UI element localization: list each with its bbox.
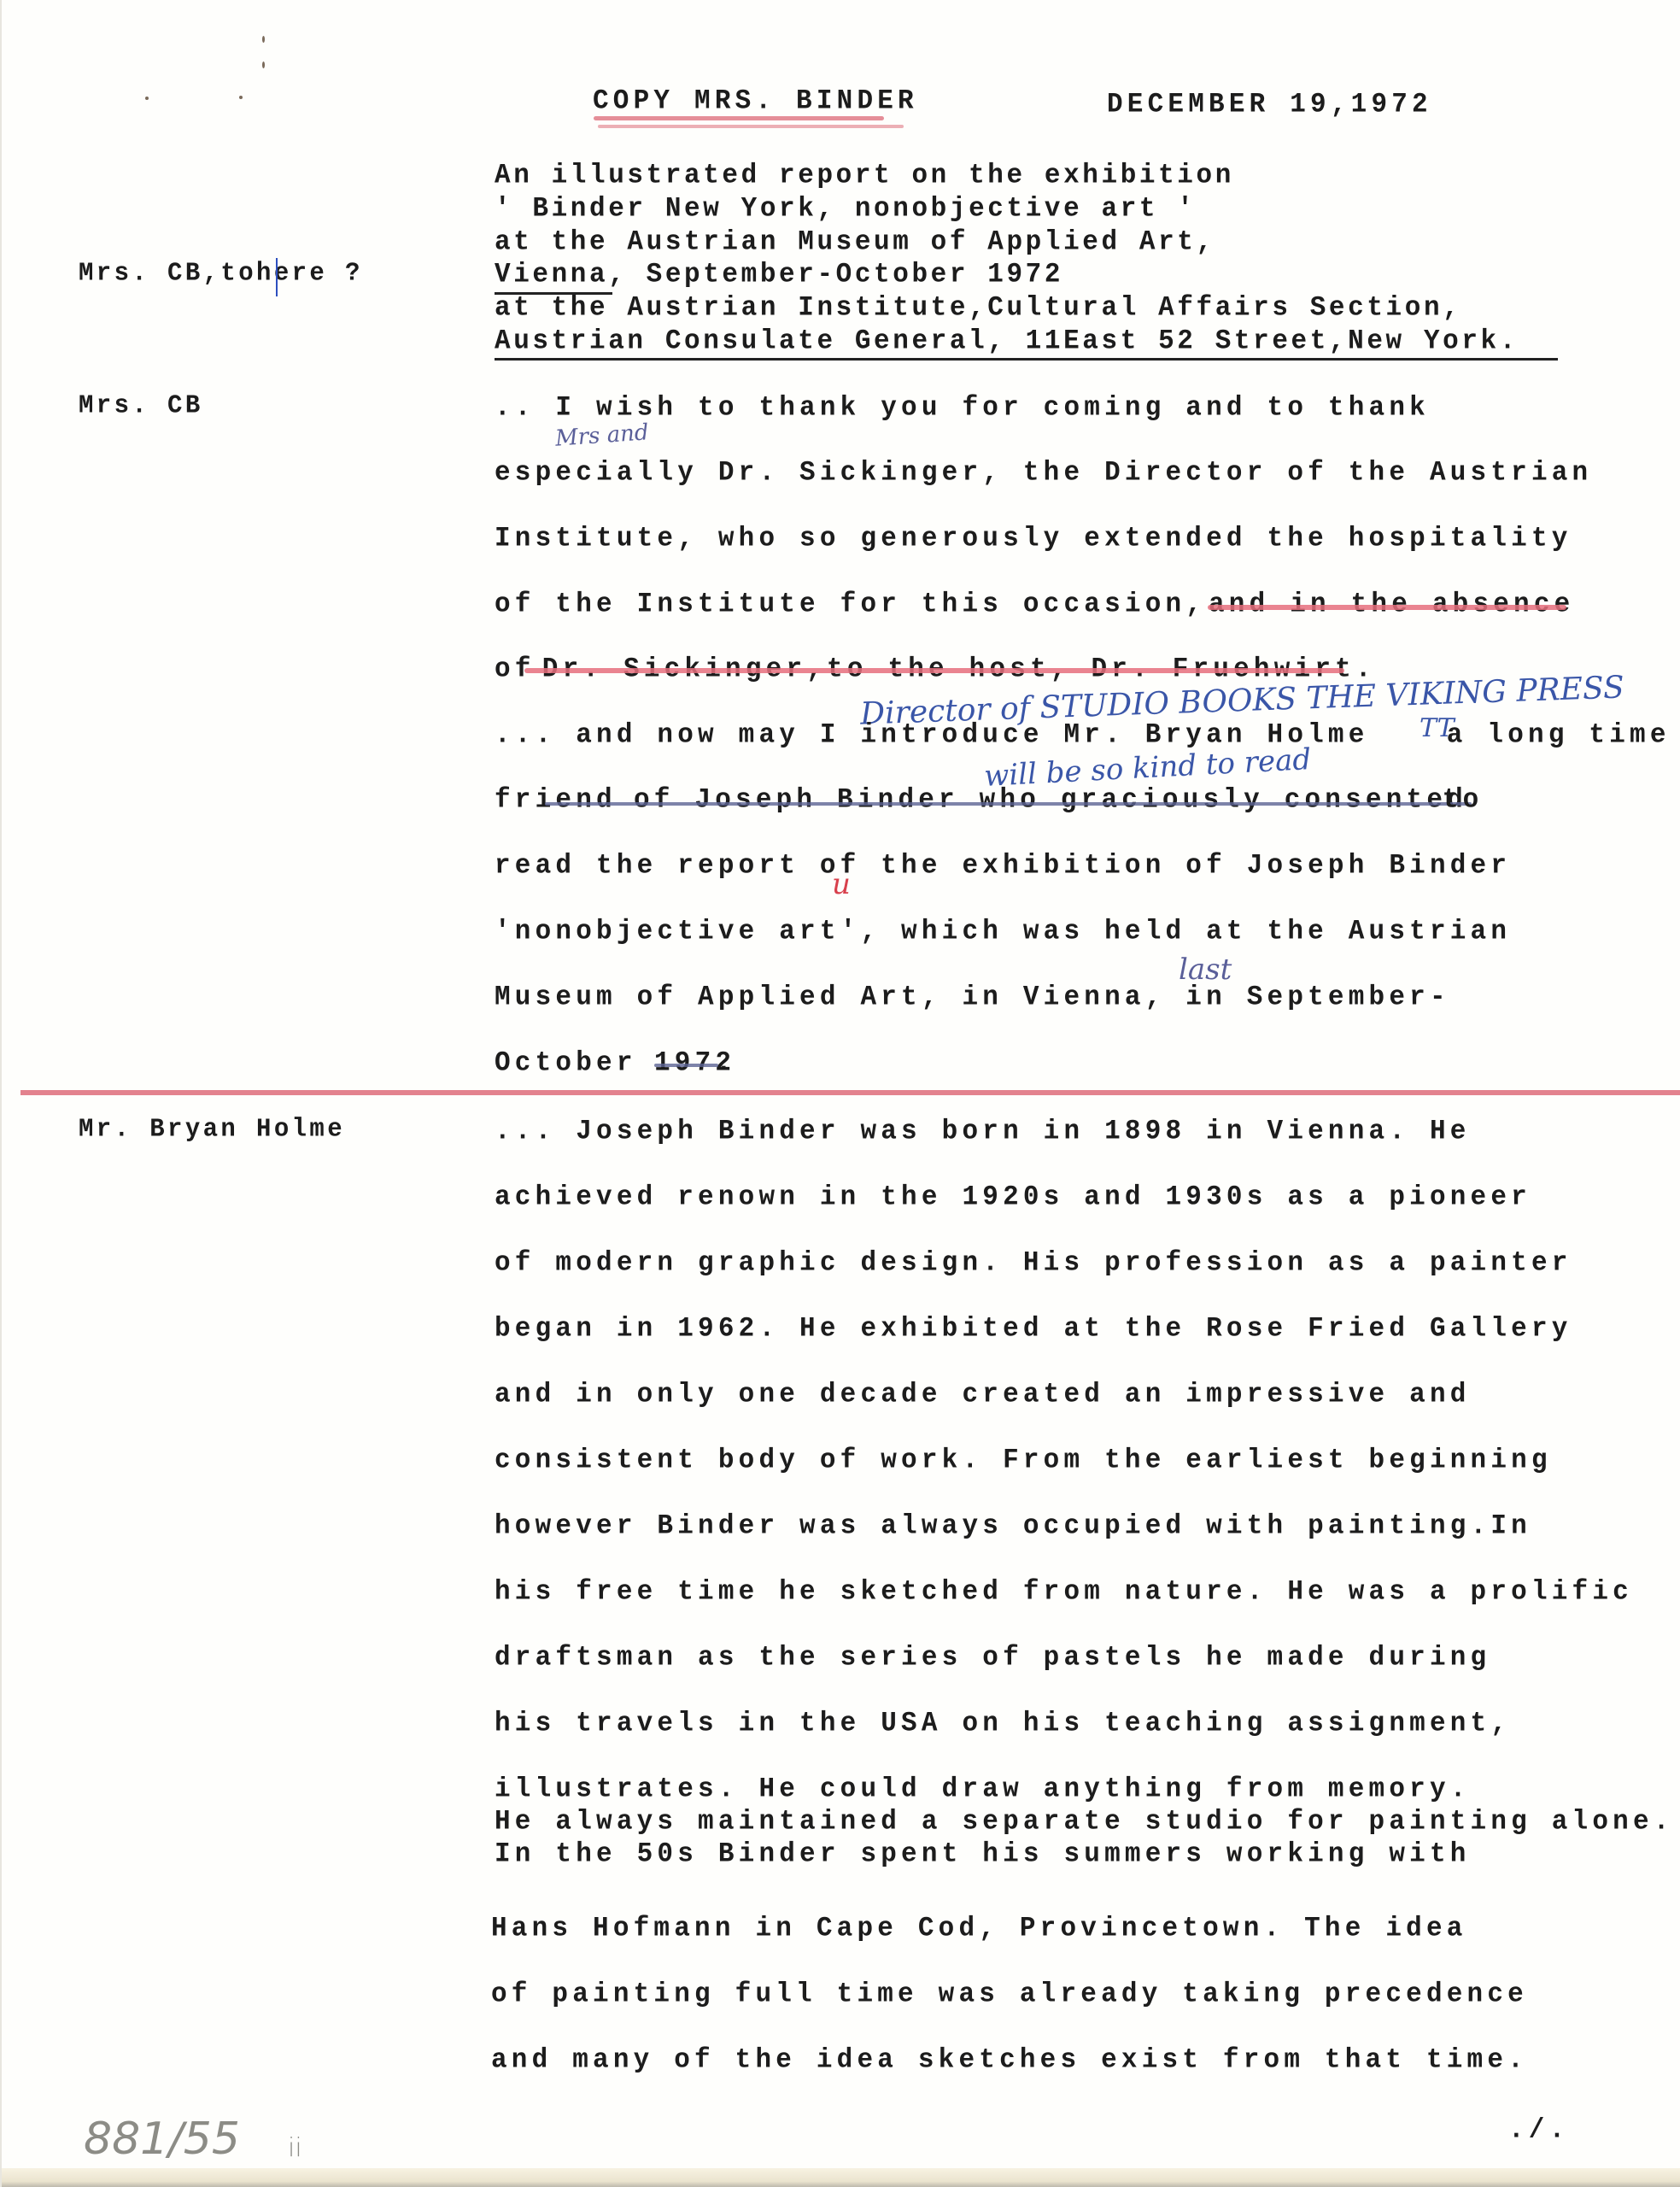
body-line: however Binder was always occupied with … — [495, 1512, 1531, 1540]
body-line: consistent body of work. From the earlie… — [495, 1446, 1552, 1475]
body-line: achieved renown in the 1920s and 1930s a… — [495, 1183, 1531, 1211]
archive-number: 881/55 — [84, 2117, 240, 2161]
red-strikethrough — [524, 668, 1344, 673]
body-line: Institute, who so generously extended th… — [495, 525, 1572, 553]
body-line: especially Dr. Sickinger, the Director o… — [495, 459, 1592, 487]
header-copy-label: COPY MRS. BINDER — [593, 87, 918, 115]
paper-speck — [262, 36, 265, 43]
handwritten-last: last — [1179, 955, 1232, 984]
handwritten-red-insert: u — [832, 870, 851, 899]
body-line: his travels in the USA on his teaching a… — [495, 1709, 1511, 1738]
title-line: ' Binder New York, nonobjective art ' — [495, 195, 1197, 223]
body-line: friend — [495, 786, 617, 814]
continuation-mark: ./. — [1508, 2116, 1569, 2144]
body-line: draftsman as the series of pastels he ma… — [495, 1644, 1490, 1672]
document-page: COPY MRS. BINDER DECEMBER 19,1972 An ill… — [0, 0, 1680, 2187]
blue-strikethrough — [545, 802, 1472, 806]
red-underline — [598, 125, 904, 128]
body-line: ... and now may I introduce Mr. Bryan Ho… — [495, 721, 1369, 749]
struck-text: of Joseph Binder who graciously consente… — [634, 786, 1467, 814]
title-line: Austrian Consulate General, 11East 52 St… — [495, 327, 1519, 355]
margin-label-mr-bryan-holme: Mr. Bryan Holme — [79, 1116, 345, 1141]
body-line: 'nonobjective art', which was held at th… — [495, 918, 1511, 946]
archive-suffix: ii — [288, 2136, 302, 2161]
margin-label-mrs-cb: Mrs. CB — [79, 392, 203, 418]
body-line: In the 50s Binder spent his summers work… — [495, 1840, 1471, 1868]
paper-speck — [145, 97, 149, 100]
handwritten-mrs-and: Mrs and — [554, 421, 649, 450]
body-line: .. I wish to thank you for coming and to… — [495, 394, 1430, 422]
title-line: An illustrated report on the exhibition — [495, 161, 1234, 190]
blue-strikethrough — [654, 1064, 718, 1067]
body-line-tail: . — [716, 1049, 736, 1077]
body-line: of modern graphic design. His profession… — [495, 1249, 1572, 1277]
paper-speck — [239, 96, 243, 99]
body-line-tail: a long time — [1426, 721, 1671, 749]
insertion-mark — [276, 258, 278, 296]
title-line: Vienna, September-October 1972 — [495, 261, 1063, 289]
body-line: Hans Hofmann in Cape Cod, Provincetown. … — [491, 1914, 1467, 1943]
body-line-tail: to — [1422, 786, 1483, 814]
body-line: illustrates. He could draw anything from… — [495, 1775, 1471, 1803]
body-line: Museum of Applied Art, in Vienna, in Sep… — [495, 983, 1450, 1011]
title-line: at the Austrian Museum of Applied Art, — [495, 228, 1215, 256]
body-line: began in 1962. He exhibited at the Rose … — [495, 1315, 1572, 1343]
body-line: October — [495, 1049, 637, 1077]
title-line: at the Austrian Institute,Cultural Affai… — [495, 294, 1461, 322]
body-line: of the Institute for this occasion, — [495, 590, 1206, 619]
red-section-divider — [20, 1090, 1680, 1095]
paper-edge — [2, 2168, 1680, 2187]
red-underline — [594, 116, 884, 120]
address-underline — [495, 358, 1558, 361]
paper-speck — [262, 62, 265, 68]
body-line: He always maintained a separate studio f… — [495, 1808, 1674, 1836]
margin-label-mrs-cb-to-here: Mrs. CB,tohere ? — [79, 260, 363, 285]
body-line: of painting full time was already taking… — [491, 1980, 1528, 2008]
body-line: read the report of the exhibition of Jos… — [495, 852, 1511, 880]
body-line: his free time he sketched from nature. H… — [495, 1578, 1633, 1606]
body-line: ... Joseph Binder was born in 1898 in Vi… — [495, 1117, 1471, 1146]
body-line: and in only one decade created an impres… — [495, 1381, 1471, 1409]
header-date: DECEMBER 19,1972 — [1107, 91, 1432, 119]
red-strikethrough — [1208, 605, 1566, 610]
body-line: and many of the idea sketches exist from… — [491, 2046, 1528, 2074]
